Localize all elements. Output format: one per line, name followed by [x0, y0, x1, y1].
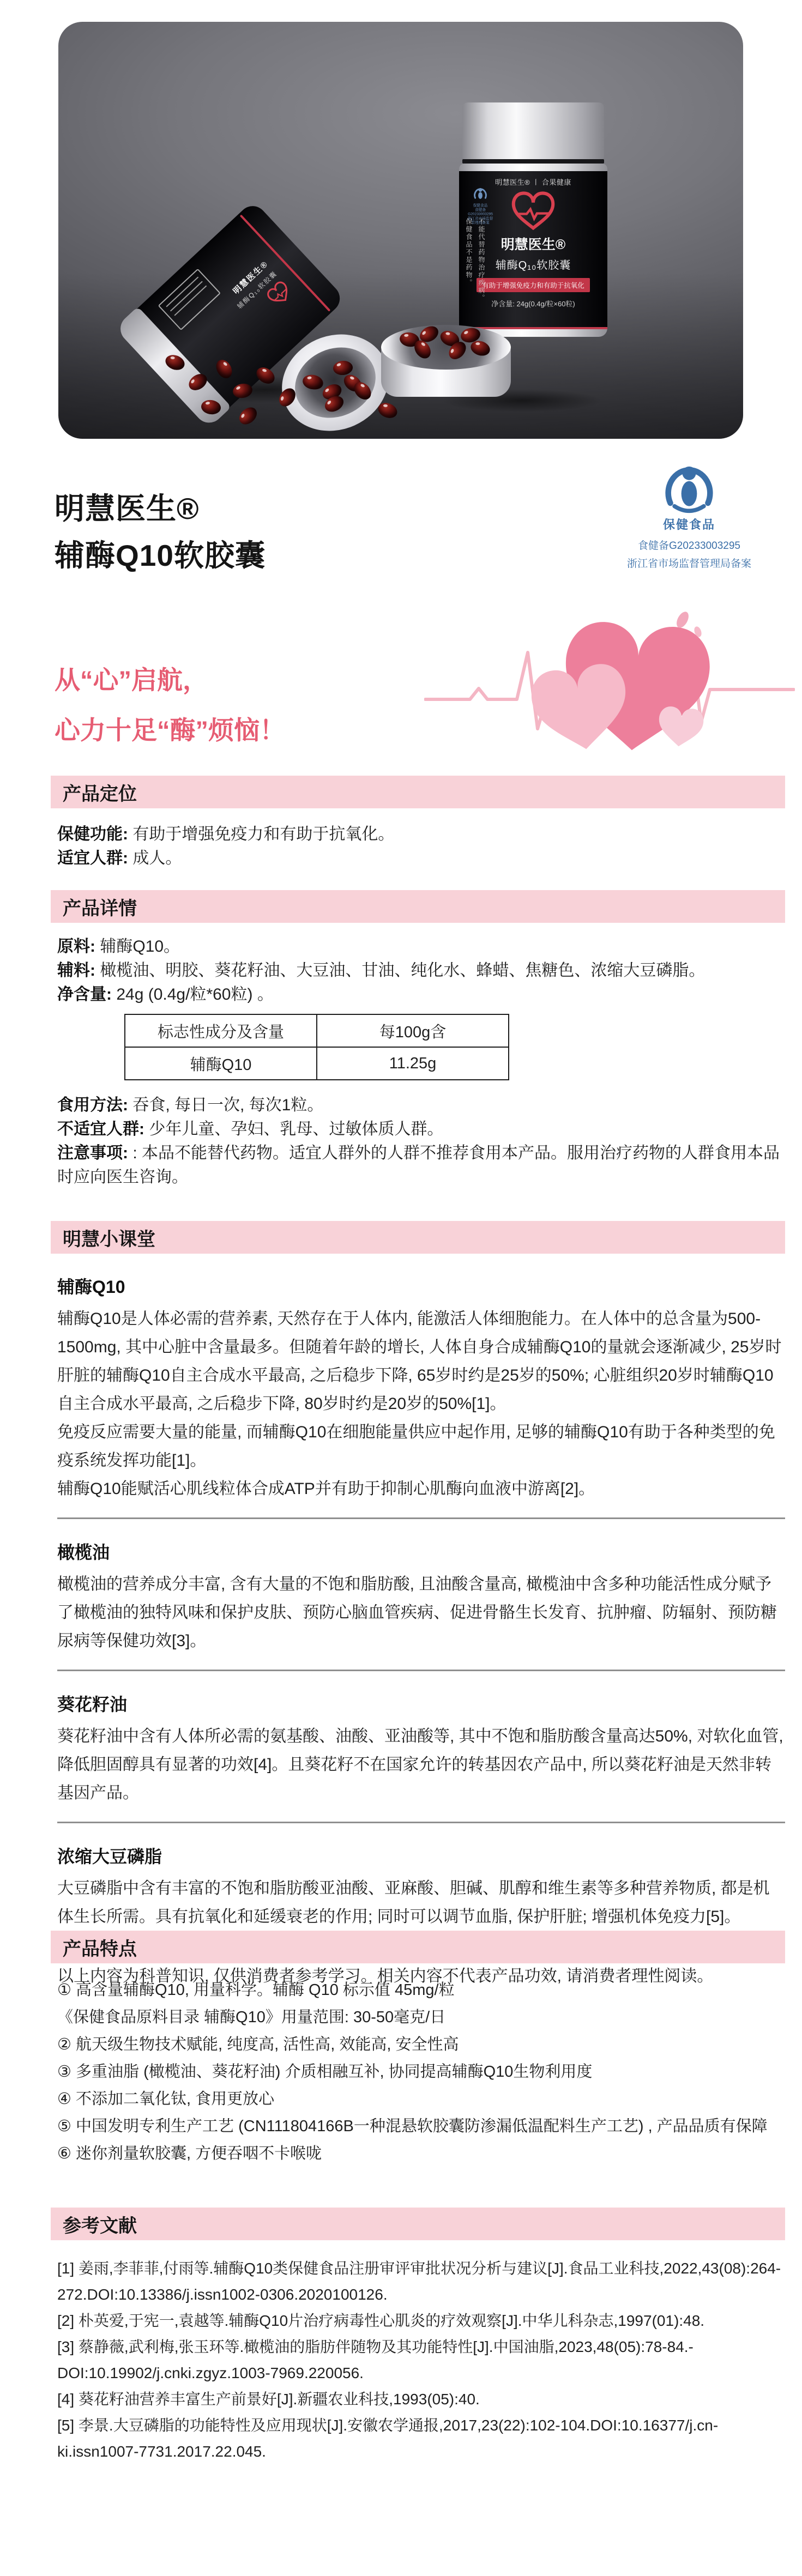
row-label: 注意事项:	[57, 1144, 128, 1162]
section-header-text: 产品特点	[63, 1934, 137, 1961]
classroom-content: 辅酶Q10 辅酶Q10是人体必需的营养素, 天然存在于人体内, 能激活人体细胞能…	[51, 1273, 785, 1988]
topic-divider	[57, 1517, 785, 1519]
details-content: 原料: 辅酶Q10。 辅料: 橄榄油、明胶、葵花籽油、大豆油、甘油、纯化水、蜂蜡…	[51, 935, 785, 1189]
row-label: 辅料:	[57, 962, 95, 979]
health-food-badge: 保健食品 食健备G20233003295 浙江省市场监督管理局备案	[592, 464, 786, 570]
section-header-bar: 明慧小课堂	[51, 1221, 785, 1254]
positioning-row: 保健功能: 有助于增强免疫力和有助于抗氧化。	[57, 823, 785, 846]
feature-item: ③ 多重油脂 (橄榄油、葵花籽油) 介质相融互补, 协同提高辅酶Q10生物利用度	[57, 2058, 785, 2085]
standing-bottle-cap-seam	[462, 159, 604, 164]
reference-item: [4] 葵花籽油营养丰富生产前景好[J].新疆农业科技,1993(05):40.	[57, 2386, 785, 2412]
row-label: 净含量:	[57, 985, 112, 1003]
row-value: 成人。	[132, 849, 182, 867]
feature-item: ② 航天级生物技术赋能, 纯度高, 活性高, 效能高, 安全性高	[57, 2031, 785, 2058]
row-value: 橄榄油、明胶、葵花籽油、大豆油、甘油、纯化水、蜂蜡、焦糖色、浓缩大豆磷脂。	[100, 962, 705, 979]
section-header-text: 产品详情	[63, 893, 137, 920]
mini-badge-line1: 保健食品	[466, 204, 494, 208]
row-value: 24g (0.4g/粒*60粒) 。	[116, 985, 273, 1003]
hearts-ekg-graphic	[424, 608, 795, 771]
reference-item: [5] 李景.大豆磷脂的功能特性及应用现状[J].安徽农学通报,2017,23(…	[57, 2412, 785, 2465]
standing-bottle: 明慧医生® 〡 合果健康 明慧医生® 辅酶Q₁₀软胶囊 有助于增强免疫力和有助于…	[459, 102, 607, 337]
topic-divider	[57, 1822, 785, 1823]
table-cell: 辅酶Q10	[125, 1047, 317, 1080]
feature-item: ⑥ 迷你剂量软胶囊, 方便吞咽不卡喉咙	[57, 2140, 785, 2167]
details-row: 注意事项: : 本品不能替代药物。适宜人群外的人群不推荐食用本产品。服用治疗药物…	[57, 1141, 785, 1189]
lying-bottle: 明慧医生® 辅酶Q₁₀软胶囊	[87, 195, 425, 435]
topic-paragraph: 大豆磷脂中含有丰富的不饱和脂肪酸亚油酸、亚麻酸、胆碱、肌醇和维生素等多种营养物质…	[57, 1874, 785, 1931]
row-value: 吞食, 每日一次, 每次1粒。	[132, 1096, 323, 1114]
bottle-name-line2: 辅酶Q₁₀软胶囊	[496, 256, 571, 272]
slogan-line1: 从“心”启航，	[55, 655, 285, 705]
heart-logo-icon	[509, 191, 557, 233]
big-heart-icon	[528, 610, 713, 756]
table-cell: 11.25g	[317, 1047, 509, 1080]
positioning-content: 保健功能: 有助于增强免疫力和有助于抗氧化。 适宜人群: 成人。	[51, 823, 785, 870]
features-content: ① 高含量辅酶Q10, 用量科学。辅酶 Q10 标示值 45mg/粒 《保健食品…	[51, 1976, 785, 2167]
feature-item: ① 高含量辅酶Q10, 用量科学。辅酶 Q10 标示值 45mg/粒	[57, 1976, 785, 2004]
section-header-text: 产品定位	[63, 779, 137, 806]
product-detail-page: 明慧医生® 辅酶Q₁₀软胶囊	[0, 0, 802, 2576]
topic-title: 辅酶Q10	[57, 1273, 785, 1298]
row-label: 保健功能:	[57, 825, 128, 843]
bottle-claim-strip: 有助于增强免疫力和有助于抗氧化	[477, 278, 590, 292]
topic-title: 浓缩大豆磷脂	[57, 1843, 785, 1868]
health-food-badge-icon	[473, 188, 487, 201]
row-value: 辅酶Q10。	[100, 938, 180, 956]
standing-bottle-label: 明慧医生® 〡 合果健康 明慧医生® 辅酶Q₁₀软胶囊 有助于增强免疫力和有助于…	[459, 171, 607, 329]
details-row: 食用方法: 吞食, 每日一次, 每次1粒。	[57, 1093, 785, 1117]
details-content-2: 食用方法: 吞食, 每日一次, 每次1粒。 不适宜人群: 少年儿童、孕妇、乳母、…	[57, 1093, 785, 1189]
references-content: [1] 姜雨,李菲菲,付雨等.辅酶Q10类保健食品注册审评审批状况分析与建议[J…	[51, 2255, 785, 2465]
section-header-bar: 参考文献	[51, 2208, 785, 2240]
details-row: 辅料: 橄榄油、明胶、葵花籽油、大豆油、甘油、纯化水、蜂蜡、焦糖色、浓缩大豆磷脂…	[57, 959, 785, 983]
feature-item: ⑤ 中国发明专利生产工艺 (CN111804166B一种混悬软胶囊防渗漏低温配料…	[57, 2113, 785, 2140]
row-value: 少年儿童、孕妇、乳母、过敏体质人群。	[149, 1120, 443, 1138]
details-row: 原料: 辅酶Q10。	[57, 935, 785, 959]
page-title-line2: 辅酶Q10软胶囊	[55, 532, 266, 579]
section-header-bar: 产品定位	[51, 776, 785, 808]
table-header-cell: 标志性成分及含量	[125, 1014, 317, 1047]
badge-label: 保健食品	[592, 516, 786, 533]
section-classroom: 明慧小课堂 辅酶Q10 辅酶Q10是人体必需的营养素, 天然存在于人体内, 能激…	[51, 1221, 785, 1988]
standing-bottle-cap	[462, 102, 604, 159]
badge-registration: 食健备G20233003295	[592, 537, 786, 552]
section-header-bar: 产品详情	[51, 890, 785, 923]
feature-item: 《保健食品原料目录 辅酶Q10》用量范围: 30-50毫克/日	[57, 2004, 785, 2031]
details-row: 不适宜人群: 少年儿童、孕妇、乳母、过敏体质人群。	[57, 1117, 785, 1141]
details-row: 净含量: 24g (0.4g/粒*60粒) 。	[57, 983, 785, 1007]
topic-paragraph: 辅酶Q10是人体必需的营养素, 天然存在于人体内, 能激活人体细胞能力。在人体中…	[57, 1305, 785, 1418]
reference-item: [1] 姜雨,李菲菲,付雨等.辅酶Q10类保健食品注册审评审批状况分析与建议[J…	[57, 2255, 785, 2308]
row-label: 不适宜人群:	[57, 1120, 144, 1138]
row-label: 适宜人群:	[57, 849, 128, 867]
bottle-lid-with-capsules	[381, 325, 511, 397]
topic-divider	[57, 1670, 785, 1671]
row-value: 有助于增强免疫力和有助于抗氧化。	[132, 825, 394, 843]
slogan: 从“心”启航， 心力十足“酶”烦恼！	[55, 655, 285, 755]
positioning-row: 适宜人群: 成人。	[57, 846, 785, 870]
section-references: 参考文献 [1] 姜雨,李菲菲,付雨等.辅酶Q10类保健食品注册审评审批状况分析…	[51, 2208, 785, 2465]
section-positioning: 产品定位 保健功能: 有助于增强免疫力和有助于抗氧化。 适宜人群: 成人。	[51, 776, 785, 870]
ingredient-table: 标志性成分及含量 每100g含 辅酶Q10 11.25g	[124, 1014, 509, 1080]
table-header-cell: 每100g含	[317, 1014, 509, 1047]
standing-bottle-body: 明慧医生® 〡 合果健康 明慧医生® 辅酶Q₁₀软胶囊 有助于增强免疫力和有助于…	[459, 164, 607, 337]
feature-item: ④ 不添加二氧化钛, 食用更放心	[57, 2085, 785, 2113]
page-title: 明慧医生® 辅酶Q10软胶囊	[55, 485, 266, 579]
reference-item: [3] 蔡静薇,武利梅,张玉环等.橄榄油的脂肪伴随物及其功能特性[J].中国油脂…	[57, 2334, 785, 2386]
topic-paragraph: 免疫反应需要大量的能量, 而辅酶Q10在细胞能量供应中起作用, 足够的辅酶Q10…	[57, 1418, 785, 1475]
health-food-badge-icon	[663, 464, 715, 515]
lying-bottle-mouth-inner	[284, 335, 387, 430]
topic-paragraph: 橄榄油的营养成分丰富, 含有大量的不饱和脂肪酸, 且油酸含量高, 橄榄油中含多种…	[57, 1570, 785, 1655]
row-label: 食用方法:	[57, 1096, 128, 1114]
table-row: 辅酶Q10 11.25g	[125, 1047, 509, 1080]
mini-badge-line2: 食健备G20233003295	[466, 208, 494, 216]
reference-item: [2] 朴英爱,于宪一,袁越等.辅酶Q10片治疗病毒性心肌炎的疗效观察[J].中…	[57, 2308, 785, 2334]
row-label: 原料:	[57, 938, 95, 956]
row-value: : 本品不能替代药物。适宜人群外的人群不推荐食用本产品。服用治疗药物的人群食用本…	[57, 1144, 780, 1186]
bottle-side-note-1: 保健食品不是药物。	[465, 218, 474, 302]
bottle-brand-row: 明慧医生® 〡 合果健康	[495, 177, 571, 187]
bottle-side-note-2: 不能代替药物治疗疾病。	[477, 218, 486, 302]
bottle-name-line1: 明慧医生®	[501, 234, 565, 253]
bottle-net-content: 净含量: 24g(0.4g/粒×60粒)	[491, 298, 575, 309]
section-details: 产品详情 原料: 辅酶Q10。 辅料: 橄榄油、明胶、葵花籽油、大豆油、甘油、纯…	[51, 890, 785, 1189]
product-photo: 明慧医生® 辅酶Q₁₀软胶囊	[58, 22, 743, 439]
topic-paragraph: 葵花籽油中含有人体所必需的氨基酸、油酸、亚油酸等, 其中不饱和脂肪酸含量高达50…	[57, 1722, 785, 1807]
section-header-text: 明慧小课堂	[63, 1224, 155, 1251]
page-title-line1: 明慧医生®	[55, 485, 266, 532]
slogan-line2: 心力十足“酶”烦恼！	[55, 705, 285, 755]
table-header-row: 标志性成分及含量 每100g含	[125, 1014, 509, 1047]
topic-paragraph: 辅酶Q10能赋活心肌线粒体合成ATP并有助于抑制心肌酶向血液中游离[2]。	[57, 1475, 785, 1503]
section-features: 产品特点 ① 高含量辅酶Q10, 用量科学。辅酶 Q10 标示值 45mg/粒 …	[51, 1931, 785, 2167]
mini-badge-line3: 浙江省市场监督管理局备案	[466, 217, 494, 225]
section-header-text: 参考文献	[63, 2211, 137, 2238]
topic-title: 葵花籽油	[57, 1691, 785, 1716]
health-food-mini-badge: 保健食品 食健备G20233003295 浙江省市场监督管理局备案	[466, 188, 495, 226]
bottle-side-notes: 保健食品不是药物。 不能代替药物治疗疾病。	[465, 218, 486, 302]
section-header-bar: 产品特点	[51, 1931, 785, 1963]
badge-authority: 浙江省市场监督管理局备案	[592, 555, 786, 570]
topic-title: 橄榄油	[57, 1539, 785, 1564]
